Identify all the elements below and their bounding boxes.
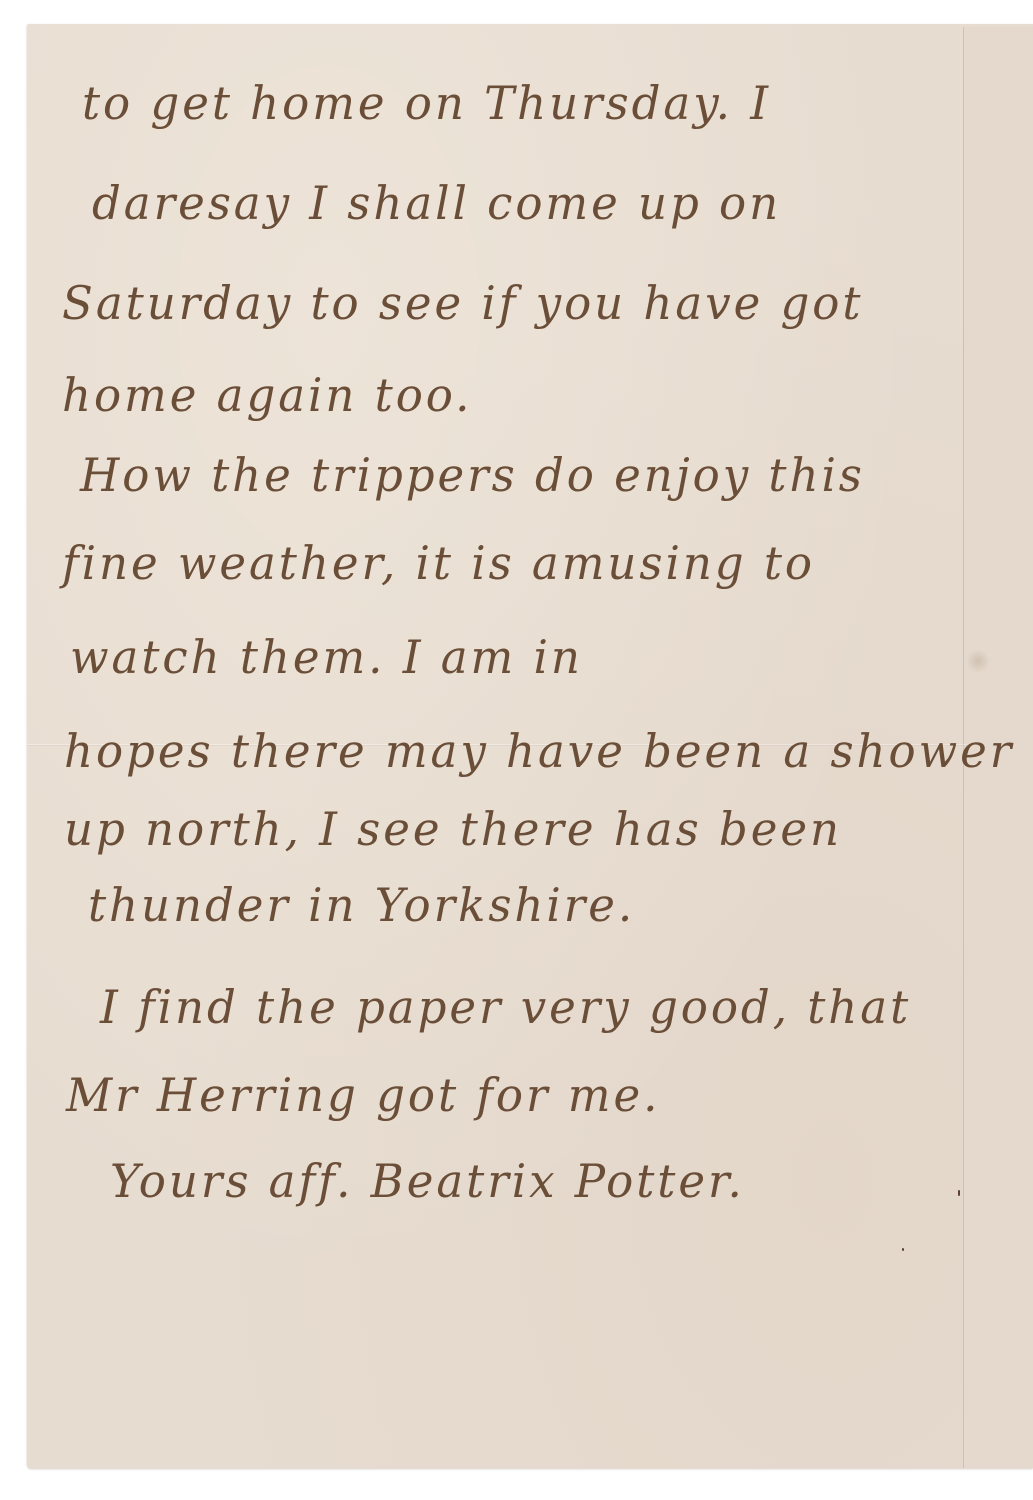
letter-line: home again too. [62, 372, 472, 418]
letter-line: to get home on Thursday. I [82, 80, 771, 126]
letter-line: hopes there may have been a shower [64, 728, 1014, 774]
letter-line: I find the paper very good, that [100, 984, 911, 1030]
letter-text: to get home on Thursday. I daresay I sha… [0, 0, 1033, 1500]
letter-line: How the trippers do enjoy this [80, 452, 865, 498]
signature-line: Yours aff. Beatrix Potter. [110, 1158, 745, 1204]
letter-line: Saturday to see if you have got [62, 280, 863, 326]
letter-line: fine weather, it is amusing to [62, 540, 815, 586]
letter-line: daresay I shall come up on [92, 180, 781, 226]
letter-line: watch them. I am in [70, 634, 583, 680]
letter-line: Mr Herring got for me. [66, 1072, 660, 1118]
letter-line: thunder in Yorkshire. [88, 882, 635, 928]
letter-line: up north, I see there has been [64, 806, 842, 852]
